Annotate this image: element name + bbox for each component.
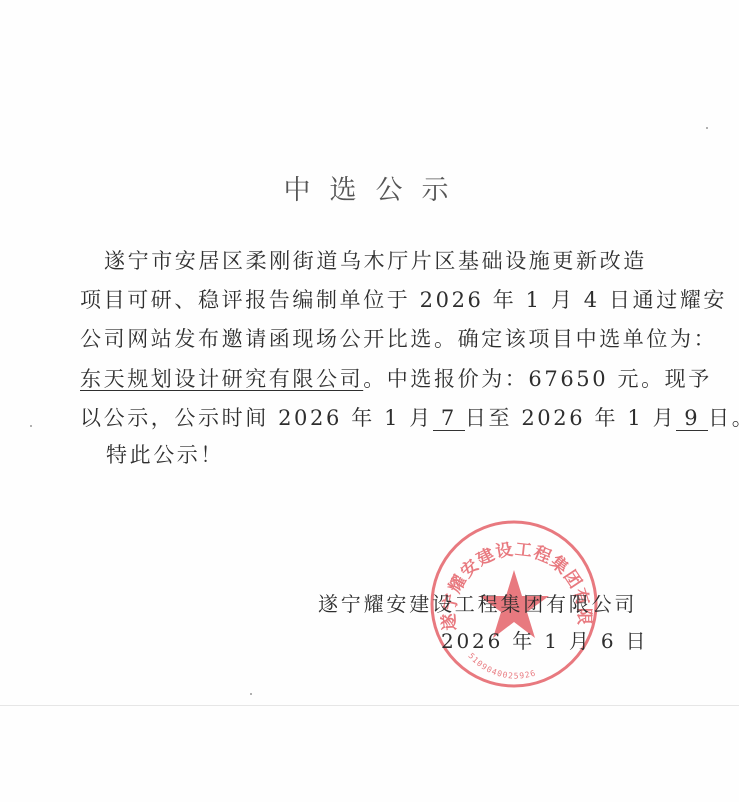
closing-line: 特此公示！ xyxy=(106,440,224,470)
document-title: 中选公示 xyxy=(0,168,739,207)
publicity-suffix: 日。 xyxy=(708,406,739,430)
start-day-blank: 7 xyxy=(433,406,465,431)
body-line-5: 以公示，公示时间 2026 年 1 月7日至 2026 年 1 月9日。 xyxy=(80,403,739,433)
document-page: 中选公示 遂宁市安居区柔刚街道乌木厅片区基础设施更新改造 项目可研、稳评报告编制… xyxy=(0,0,739,802)
publicity-middle: 日至 2026 年 1 月 xyxy=(465,406,676,430)
body-line-2: 项目可研、稳评报告编制单位于 2026 年 1 月 4 日通过耀安 xyxy=(80,285,727,315)
scan-divider xyxy=(0,705,739,706)
winner-price-text: 。中选报价为：67650 元。现予 xyxy=(363,367,712,391)
signature-date: 2026 年 1 月 6 日 xyxy=(441,625,648,654)
signature-organization: 遂宁耀安建设工程集团有限公司 xyxy=(318,588,637,617)
end-day-blank: 9 xyxy=(676,406,708,431)
winner-name: 东天规划设计研究有限公司 xyxy=(80,367,363,391)
body-line-4: 东天规划设计研究有限公司。中选报价为：67650 元。现予 xyxy=(80,364,712,394)
body-line-1: 遂宁市安居区柔刚街道乌木厅片区基础设施更新改造 xyxy=(104,246,647,276)
publicity-prefix: 以公示，公示时间 2026 年 1 月 xyxy=(80,406,433,430)
body-line-3: 公司网站发布邀请函现场公开比选。确定该项目中选单位为： xyxy=(80,324,717,354)
scan-speck xyxy=(250,693,252,695)
scan-speck xyxy=(30,425,32,427)
scan-speck xyxy=(706,127,708,129)
